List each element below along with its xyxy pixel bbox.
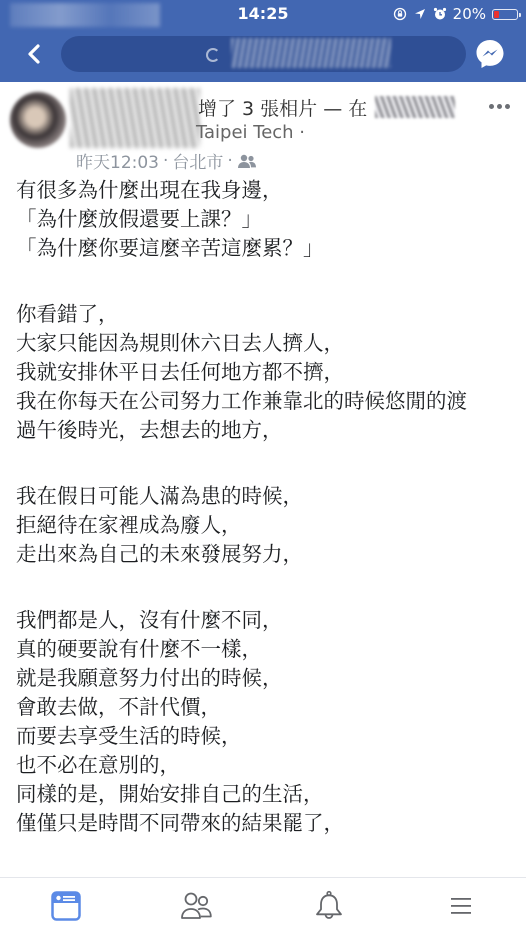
post-line: 我們都是人，沒有什麼不同， xyxy=(16,606,516,635)
tab-notifications[interactable] xyxy=(311,888,347,924)
post-line: 大家只能因為規則休六日去人擠人， xyxy=(16,329,516,358)
paragraph-gap xyxy=(16,445,516,474)
search-input[interactable] xyxy=(61,36,466,72)
post-line: 「為什麼你要這麼辛苦這麼累？」 xyxy=(16,234,516,263)
news-feed-icon xyxy=(51,891,81,921)
post-line: 僅僅只是時間不同帶來的結果罷了， xyxy=(16,809,516,838)
post-line: 「為什麼放假還要上課？」 xyxy=(16,205,516,234)
orientation-lock-icon xyxy=(393,7,407,21)
more-options-button[interactable] xyxy=(484,98,514,114)
bottom-tab-bar xyxy=(0,877,526,935)
tab-menu[interactable] xyxy=(443,888,479,924)
post-location[interactable]: 台北市 xyxy=(172,148,223,173)
meta-separator: · xyxy=(227,151,232,171)
back-button[interactable] xyxy=(18,38,50,70)
alarm-icon xyxy=(433,7,447,21)
post-meta: 昨天12:03 · 台北市 · xyxy=(76,148,257,173)
friends-audience-icon xyxy=(237,153,257,169)
battery-icon xyxy=(492,9,518,20)
post-line: 過午後時光，去想去的地方， xyxy=(16,416,516,445)
post-line: 真的硬要說有什麼不一樣， xyxy=(16,635,516,664)
post-line: 就是我願意努力付出的時候， xyxy=(16,664,516,693)
post-line: 你看錯了， xyxy=(16,300,516,329)
hamburger-menu-icon xyxy=(450,895,472,917)
post-title: 增了 3 張相片 — 在 xyxy=(198,94,367,121)
post-line: 我在假日可能人滿為患的時候， xyxy=(16,482,516,511)
place-name-redacted xyxy=(375,96,455,118)
nav-row xyxy=(0,32,526,76)
paragraph-gap xyxy=(16,569,516,598)
post-line: 同樣的是，開始安排自己的生活， xyxy=(16,780,516,809)
loading-spinner-icon xyxy=(206,48,220,62)
messenger-button[interactable] xyxy=(474,38,506,70)
location-arrow-icon xyxy=(413,7,427,21)
tab-news-feed[interactable] xyxy=(48,888,84,924)
author-name-redacted[interactable] xyxy=(70,88,200,148)
more-dot xyxy=(497,104,502,109)
post-line: 有很多為什麼出現在我身邊， xyxy=(16,176,516,205)
post-line: 而要去享受生活的時候， xyxy=(16,722,516,751)
post-line: 也不必在意別的， xyxy=(16,751,516,780)
post-header: 增了 3 張相片 — 在 Taipei Tech · 昨天12:03 · 台北市… xyxy=(0,82,526,172)
tab-friends[interactable] xyxy=(179,888,215,924)
post-line: 我在你每天在公司努力工作兼靠北的時候悠閒的渡 xyxy=(16,387,516,416)
post-time[interactable]: 昨天12:03 xyxy=(76,148,159,173)
post-body: 有很多為什麼出現在我身邊， 「為什麼放假還要上課？」 「為什麼你要這麼辛苦這麼累… xyxy=(16,176,516,933)
post-line: 我就安排休平日去任何地方都不擠， xyxy=(16,358,516,387)
battery-percent: 20% xyxy=(453,5,486,23)
paragraph-gap xyxy=(16,838,516,867)
post-place[interactable]: Taipei Tech · xyxy=(196,122,305,143)
more-dot xyxy=(505,104,510,109)
chevron-left-icon xyxy=(26,43,42,65)
avatar[interactable] xyxy=(10,92,66,148)
messenger-icon xyxy=(474,38,506,70)
meta-separator: · xyxy=(163,151,168,171)
post-line: 走出來為自己的未來發展努力， xyxy=(16,540,516,569)
bell-icon xyxy=(314,890,344,922)
search-text-redacted xyxy=(231,38,391,68)
status-icons: 20% xyxy=(393,4,518,24)
paragraph-gap xyxy=(16,263,516,292)
status-bar: 14:25 20% xyxy=(0,0,526,28)
post-line: 拒絕待在家裡成為廢人， xyxy=(16,511,516,540)
top-bar: 14:25 20% xyxy=(0,0,526,82)
more-dots-icon xyxy=(489,104,494,109)
friends-icon xyxy=(180,891,214,921)
post-line: 會敢去做，不計代價， xyxy=(16,693,516,722)
